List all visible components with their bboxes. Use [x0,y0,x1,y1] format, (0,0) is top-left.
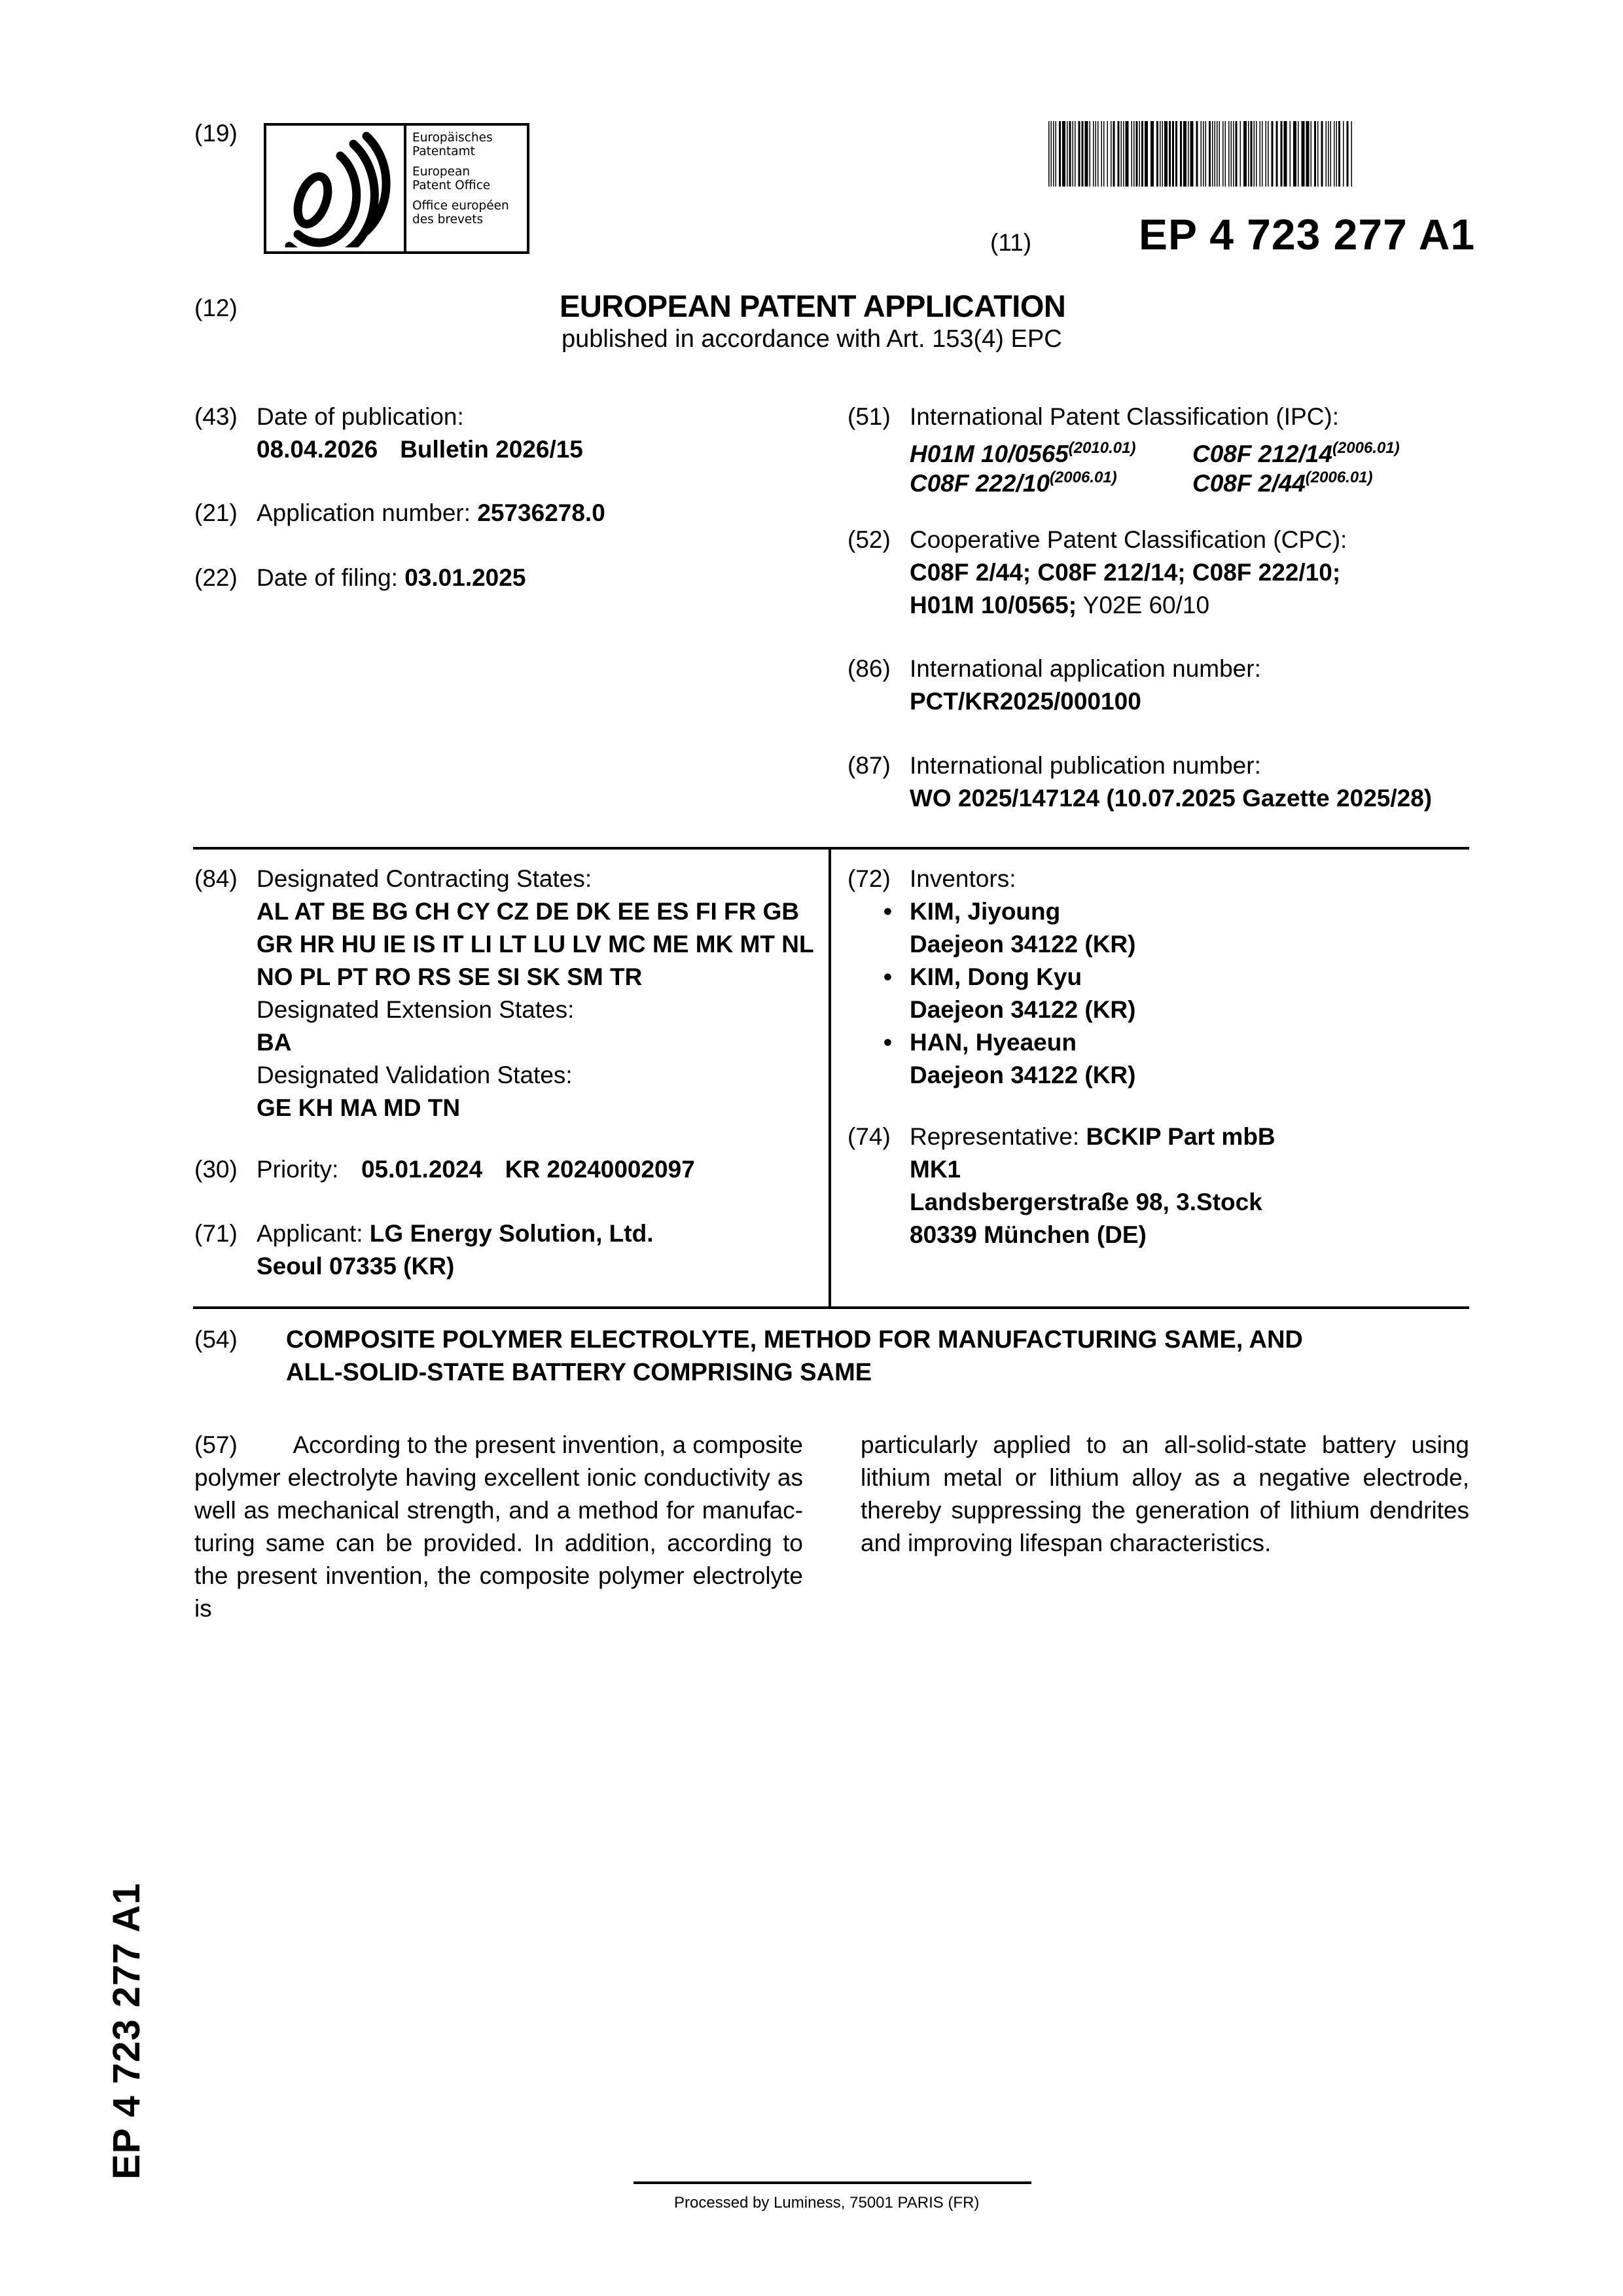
application-number-section: (21) [194,497,238,529]
publication-number: EP 4 723 277 A1 [1139,209,1475,259]
inid-30: (30) [194,1153,238,1186]
priority-label: Priority: [257,1156,338,1183]
extension-states: BA [257,1026,814,1059]
inid-11: (11) [990,229,1031,257]
logo-line: Europäisches [412,131,509,145]
ipc-code: C08F 222/10 [910,470,1050,497]
ipc-entry: C08F 222/10(2006.01) [910,461,1117,500]
epo-arcs-logo-icon [275,130,399,247]
inid-54: (54) [194,1323,238,1356]
inid-51: (51) [847,401,891,433]
representative-label: Representative: [910,1123,1079,1150]
document-subtype: published in accordance with Art. 153(4)… [562,325,1062,353]
inventor-item: •HAN, Hyeaeun [883,1026,1135,1059]
ipc-version: (2006.01) [1050,469,1117,486]
inid-19: (19) [194,120,238,147]
filing-date-section: (22) [194,562,238,594]
ipc-version: (2010.01) [1069,439,1136,457]
cpc-codes-line1: C08F 2/44; C08F 212/14; C08F 222/10; [910,556,1347,589]
ipc-version: (2006.01) [1332,439,1400,457]
inventor-address: Daejeon 34122 (KR) [883,994,1135,1026]
abstract-text: polymer electrolyte having excellent ion… [194,1462,803,1625]
application-number-block: Application number: 25736278.0 [257,497,605,529]
document-type: EUROPEAN PATENT APPLICATION [560,288,1065,324]
inventor-item: •KIM, Jiyoung [883,895,1135,928]
cpc-label: Cooperative Patent Classification (CPC): [910,524,1347,556]
validation-states: GE KH MA MD TN [257,1092,814,1124]
inid-52: (52) [847,524,891,556]
inventor-item: •KIM, Dong Kyu [883,961,1135,994]
inid-72: (72) [847,863,891,895]
contracting-states-line: GR HR HU IE IS IT LI LT LU LV MC ME MK M… [257,928,814,961]
inventor-address: Daejeon 34122 (KR) [883,1059,1135,1092]
inid-57: (57) [194,1429,238,1462]
inid-43: (43) [194,403,238,430]
section-rule-bottom [193,1306,1469,1309]
ipc-block: International Patent Classification (IPC… [910,401,1339,433]
invention-title: COMPOSITE POLYMER ELECTROLYTE, METHOD FO… [286,1323,1303,1389]
column-divider [829,848,831,1308]
publication-date-block: Date of publication: 08.04.2026Bulletin … [257,401,583,466]
contracting-states-label: Designated Contracting States: [257,863,814,895]
intl-application-block: International application number: PCT/KR… [910,653,1261,718]
cpc-code-normal: Y02E 60/10 [1077,592,1209,619]
bullet-icon: • [883,1026,910,1059]
abstract-column-1: (57)According to the present invention, … [194,1429,803,1625]
contracting-states-line: NO PL PT RO RS SE SI SK SM TR [257,961,814,994]
applicant-name: LG Energy Solution, Ltd. [370,1220,654,1247]
inventors-list: •KIM, Jiyoung Daejeon 34122 (KR) •KIM, D… [883,895,1135,1092]
extension-states-label: Designated Extension States: [257,994,814,1026]
inventor-name: HAN, Hyeaeun [910,1029,1077,1056]
inid-21: (21) [194,499,238,526]
application-number-label: Application number: [257,499,471,526]
validation-states-label: Designated Validation States: [257,1059,814,1092]
applicant-label: Applicant: [257,1220,363,1247]
application-number: 25736278.0 [477,499,605,526]
inventor-address: Daejeon 34122 (KR) [883,928,1135,961]
cpc-block: Cooperative Patent Classification (CPC):… [910,524,1347,622]
filing-date-label: Date of filing: [257,564,398,591]
cpc-code-bold: H01M 10/0565; [910,592,1077,619]
barcode-icon [1048,121,1356,187]
epo-logo-text: Europäisches Patentamt European Patent O… [412,131,509,226]
intl-application-number: PCT/KR2025/000100 [910,685,1261,718]
inventors-label: Inventors: [910,863,1016,895]
filing-date: 03.01.2025 [404,564,526,591]
representative-line: MK1 [910,1153,1275,1186]
footer-processed-by: Processed by Luminess, 75001 PARIS (FR) [674,2194,979,2212]
abstract-text: particularly applied to an all-solid-sta… [861,1429,1469,1560]
contracting-states-line: AL AT BE BG CH CY CZ DE DK EE ES FI FR G… [257,895,814,928]
ipc-code: C08F 2/44 [1192,470,1306,497]
designated-states-block: Designated Contracting States: AL AT BE … [257,863,814,1124]
inventor-name: KIM, Jiyoung [910,898,1060,925]
publication-date-label: Date of publication: [257,401,583,433]
intl-publication-label: International publication number: [910,749,1432,782]
bullet-icon: • [883,895,910,928]
inid-71: (71) [194,1217,238,1250]
logo-divider [404,123,406,254]
invention-title-line2: ALL-SOLID-STATE BATTERY COMPRISING SAME [286,1356,1303,1389]
applicant-block: Applicant: LG Energy Solution, Ltd. Seou… [257,1217,653,1283]
inid-22: (22) [194,564,238,591]
publication-date-section: (43) [194,401,238,433]
bulletin: Bulletin 2026/15 [400,436,583,463]
representative-name: BCKIP Part mbB [1086,1123,1275,1150]
intl-publication-number: WO 2025/147124 (10.07.2025 Gazette 2025/… [910,782,1432,815]
filing-date-block: Date of filing: 03.01.2025 [257,562,526,594]
priority-date: 05.01.2024 [361,1156,482,1183]
logo-line: Patentamt [412,145,509,158]
ipc-version: (2006.01) [1306,469,1373,486]
inid-84: (84) [194,863,238,895]
logo-line: Patent Office [412,179,509,192]
priority-block: Priority: 05.01.2024 KR 20240002097 [257,1153,695,1186]
bullet-icon: • [883,961,910,994]
representative-line: Landsbergerstraße 98, 3.Stock [910,1186,1275,1219]
section-rule-top [193,847,1469,850]
ipc-entry: C08F 2/44(2006.01) [1192,461,1373,500]
inid-86: (86) [847,653,891,685]
intl-application-label: International application number: [910,653,1261,685]
intl-publication-block: International publication number: WO 202… [910,749,1432,815]
invention-title-line1: COMPOSITE POLYMER ELECTROLYTE, METHOD FO… [286,1323,1303,1356]
publication-date: 08.04.2026 [257,436,378,463]
inid-12: (12) [194,295,238,322]
inid-74: (74) [847,1121,891,1153]
applicant-address: Seoul 07335 (KR) [257,1250,653,1283]
abstract-column-2: particularly applied to an all-solid-sta… [861,1429,1469,1560]
logo-line: European [412,165,509,179]
logo-line: des brevets [412,213,509,226]
inid-87: (87) [847,749,891,782]
abstract-first-line: According to the present invention, a co… [293,1429,803,1462]
ipc-label: International Patent Classification (IPC… [910,401,1339,433]
priority-number: KR 20240002097 [505,1156,695,1183]
representative-line: 80339 München (DE) [910,1219,1275,1251]
inventor-name: KIM, Dong Kyu [910,963,1082,990]
representative-block: Representative: BCKIP Part mbB MK1 Lands… [910,1121,1275,1251]
footer-rule [633,2181,1031,2184]
side-publication-number: EP 4 723 277 A1 [105,1882,149,2179]
logo-line: Office européen [412,199,509,213]
